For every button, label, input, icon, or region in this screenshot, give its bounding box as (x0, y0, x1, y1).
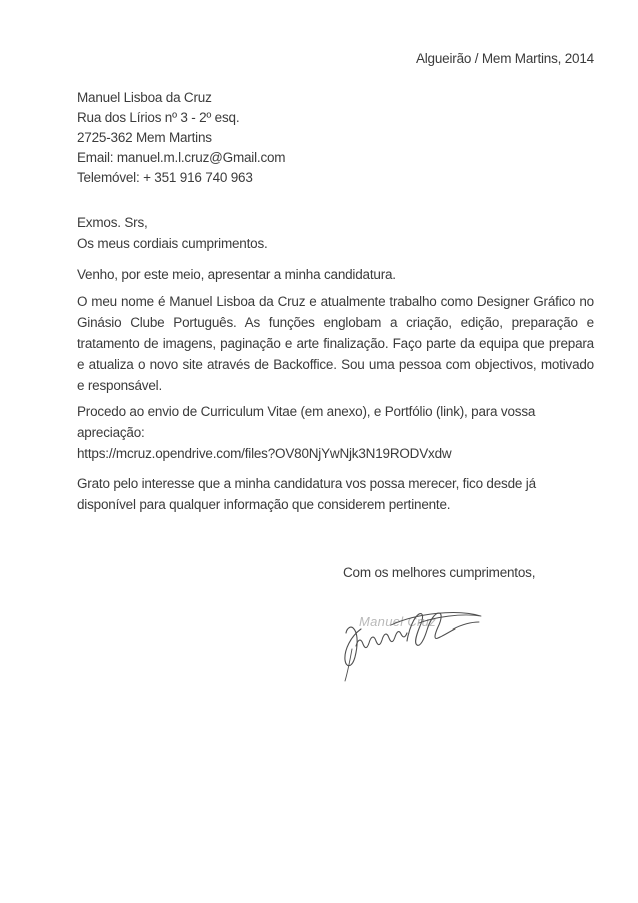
letter-page: Algueirão / Mem Martins, 2014 Manuel Lis… (0, 0, 638, 903)
cv-paragraph: Procedo ao envio de Curriculum Vitae (em… (77, 401, 594, 464)
sender-email: Email: manuel.m.l.cruz@Gmail.com (77, 148, 594, 168)
closing-line: Com os melhores cumprimentos, (343, 562, 594, 583)
sender-phone: Telemóvel: + 351 916 740 963 (77, 168, 594, 188)
sender-street: Rua dos Lírios nº 3 - 2º esq. (77, 108, 594, 128)
body-paragraph: O meu nome é Manuel Lisboa da Cruz e atu… (77, 291, 594, 396)
cv-line: Procedo ao envio de Curriculum Vitae (em… (77, 401, 594, 443)
thanks-paragraph: Grato pelo interesse que a minha candida… (77, 473, 577, 515)
signature-area: Manuel Cruz (339, 599, 499, 689)
portfolio-link[interactable]: https://mcruz.opendrive.com/files?OV80Nj… (77, 443, 594, 464)
sender-name: Manuel Lisboa da Cruz (77, 88, 594, 108)
letter-dateline: Algueirão / Mem Martins, 2014 (77, 48, 594, 69)
salutation-line-2: Os meus cordiais cumprimentos. (77, 233, 594, 254)
salutation-block: Exmos. Srs, Os meus cordiais cumprimento… (77, 212, 594, 254)
sender-postal-city: 2725-362 Mem Martins (77, 128, 594, 148)
sender-address-block: Manuel Lisboa da Cruz Rua dos Lírios nº … (77, 88, 594, 188)
intro-line: Venho, por este meio, apresentar a minha… (77, 264, 594, 285)
signature-scrawl-icon (339, 599, 499, 689)
salutation-line-1: Exmos. Srs, (77, 212, 594, 233)
